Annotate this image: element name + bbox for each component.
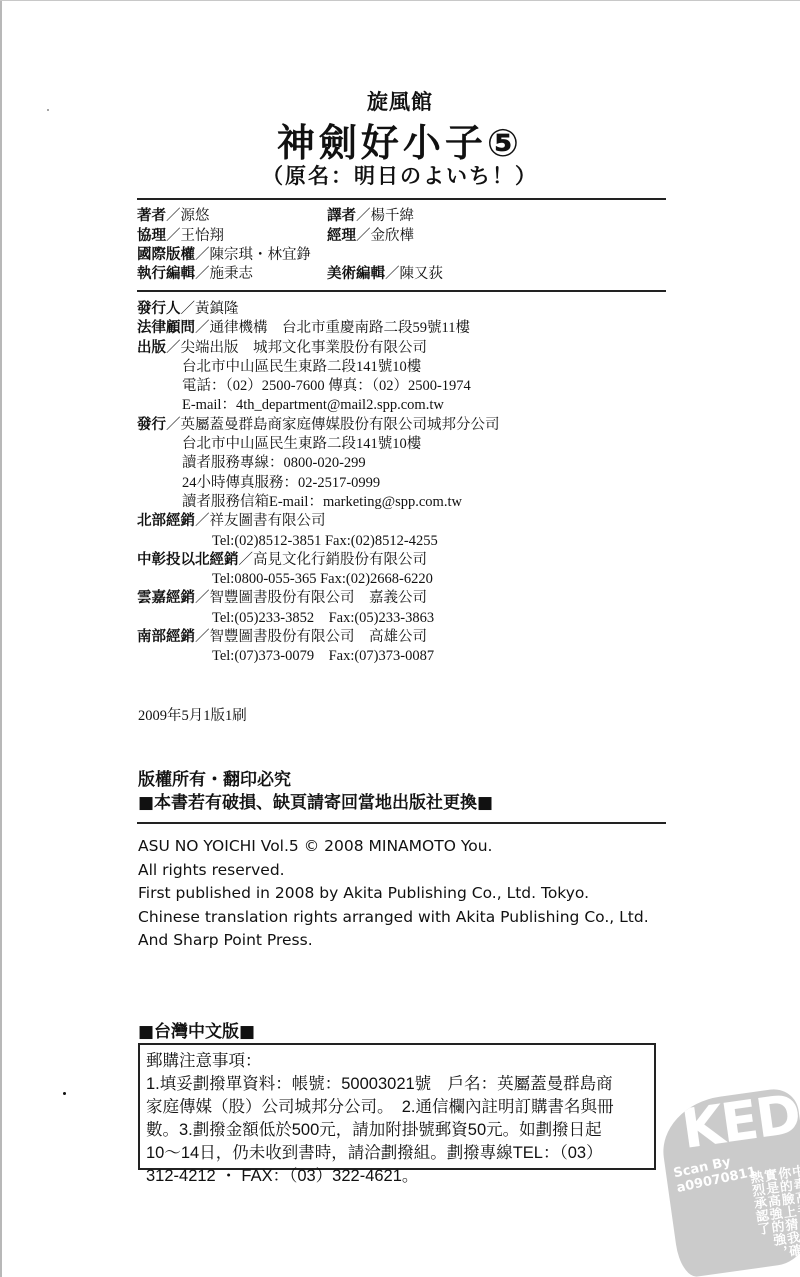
credit-label: 經理 [327, 228, 356, 244]
divider [137, 822, 666, 824]
credit-label: 著者 [137, 208, 166, 224]
credit-manager: 經理／金欣樺 [327, 227, 414, 246]
credit-art-editor: 美術編輯／陳又荻 [327, 265, 443, 284]
regional-distributor-south: 南部經銷／智豐圖書股份有限公司 高雄公司 [137, 628, 500, 647]
english-copyright: ASU NO YOICHI Vol.5 © 2008 MINAMOTO You.… [138, 835, 649, 953]
regional-distributor-north: 北部經銷／祥友圖書有限公司 [137, 512, 500, 531]
reader-service-email: 讀者服務信箱E-mail：marketing@spp.com.tw [137, 493, 500, 512]
mail-order-line: 家庭傳媒（股）公司城邦分公司。 2.通信欄內註明訂購書名與冊 [146, 1096, 648, 1119]
credit-value: 楊千緯 [371, 208, 415, 224]
distributor-address: 台北市中山區民生東路二段141號10樓 [137, 435, 500, 454]
english-line: ASU NO YOICHI Vol.5 © 2008 MINAMOTO You. [138, 835, 649, 859]
credit-label: 協理 [137, 228, 166, 244]
credit-international-rights: 國際版權／陳宗琪・林宜錚 [137, 246, 311, 265]
page-edge-top [0, 0, 800, 1]
copyright-reserved: 版權所有・翻印必究 [138, 765, 291, 790]
taiwan-edition-label: ■台灣中文版■ [138, 1017, 255, 1042]
credit-executive-editor: 執行編輯／施秉志 [137, 265, 253, 284]
credit-value: 源悠 [181, 208, 210, 224]
scan-watermark: KED Scan By a09070811 中毒高手，手想你的臉上猜我確實是高強… [657, 1086, 800, 1277]
credit-label: 國際版權 [137, 247, 195, 263]
reader-service-line: 讀者服務專線：0800-020-299 [137, 454, 500, 473]
mail-order-line: 312-4212 ・ FAX：（03）322-4621。 [146, 1165, 648, 1188]
publisher-email: E-mail：4th_department@mail2.spp.com.tw [137, 396, 500, 415]
mail-order-line: 數。3.劃撥金額低於500元，請加附掛號郵資50元。如劃撥日起 [146, 1119, 648, 1142]
edition-info: 2009年5月1版1刷 [138, 704, 247, 725]
mail-order-line: 10～14日，仍未收到書時，請洽劃撥組。劃撥專線TEL：（03） [146, 1142, 648, 1165]
original-title: （原名：明日のよいち！） [0, 160, 800, 190]
divider [137, 198, 666, 200]
credit-associate-manager: 協理／王怡翔 [137, 227, 224, 246]
regional-contact: Tel:0800-055-365 Fax:(02)2668-6220 [137, 570, 500, 589]
regional-contact: Tel:(05)233-3852 Fax:(05)233-3863 [137, 609, 500, 628]
distributor-row: 發行／英屬蓋曼群島商家庭傳媒股份有限公司城邦分公司 [137, 416, 500, 435]
credit-translator: 譯者／楊千緯 [327, 207, 414, 226]
regional-distributor-central: 中彰投以北經銷／高見文化行銷股份有限公司 [137, 551, 500, 570]
credit-value: 陳宗琪・林宜錚 [210, 247, 312, 263]
credit-label: 執行編輯 [137, 266, 195, 282]
regional-distributor-yunchia: 雲嘉經銷／智豐圖書股份有限公司 嘉義公司 [137, 589, 500, 608]
english-line: And Sharp Point Press. [138, 929, 649, 953]
publisher-address: 台北市中山區民生東路二段141號10樓 [137, 358, 500, 377]
divider [137, 290, 666, 292]
publishing-info: 發行人／黃鎮隆 法律顧問／通律機構 台北市重慶南路二段59號11樓 出版／尖端出… [137, 300, 500, 667]
publisher-phone: 電話：（02）2500-7600 傳真：（02）2500-1974 [137, 377, 500, 396]
credit-value: 王怡翔 [181, 228, 225, 244]
credit-label: 譯者 [327, 208, 356, 224]
damaged-book-notice: ■本書若有破損、缺頁請寄回當地出版社更換■ [138, 788, 493, 813]
watermark-text: 中毒高手，手想你的臉上猜我確實是高強的強，熱烈承認了 [673, 1164, 800, 1276]
english-line: First published in 2008 by Akita Publish… [138, 882, 649, 906]
credit-author: 著者／源悠 [137, 207, 210, 226]
mail-order-box: 郵購注意事項： 1.填妥劃撥單資料：帳號：50003021號 戶名：英屬蓋曼群島… [138, 1043, 656, 1170]
issuer-row: 發行人／黃鎮隆 [137, 300, 500, 319]
english-line: All rights reserved. [138, 859, 649, 883]
regional-contact: Tel:(02)8512-3851 Fax:(02)8512-4255 [137, 532, 500, 551]
scan-speck [63, 1092, 66, 1095]
fax-service-line: 24小時傳真服務：02-2517-0999 [137, 474, 500, 493]
credit-value: 金欣樺 [371, 228, 415, 244]
regional-contact: Tel:(07)373-0079 Fax:(07)373-0087 [137, 647, 500, 666]
credit-value: 陳又荻 [400, 266, 444, 282]
page-edge [0, 0, 2, 1277]
publisher-row: 出版／尖端出版 城邦文化事業股份有限公司 [137, 339, 500, 358]
mail-order-heading: 郵購注意事項： [146, 1050, 648, 1073]
book-title: 神劍好小子⑤ [0, 112, 800, 167]
scan-speck [47, 109, 49, 111]
english-line: Chinese translation rights arranged with… [138, 906, 649, 930]
mail-order-line: 1.填妥劃撥單資料：帳號：50003021號 戶名：英屬蓋曼群島商 [146, 1073, 648, 1096]
legal-row: 法律顧問／通律機構 台北市重慶南路二段59號11樓 [137, 319, 500, 338]
credit-value: 施秉志 [210, 266, 254, 282]
credit-label: 美術編輯 [327, 266, 385, 282]
